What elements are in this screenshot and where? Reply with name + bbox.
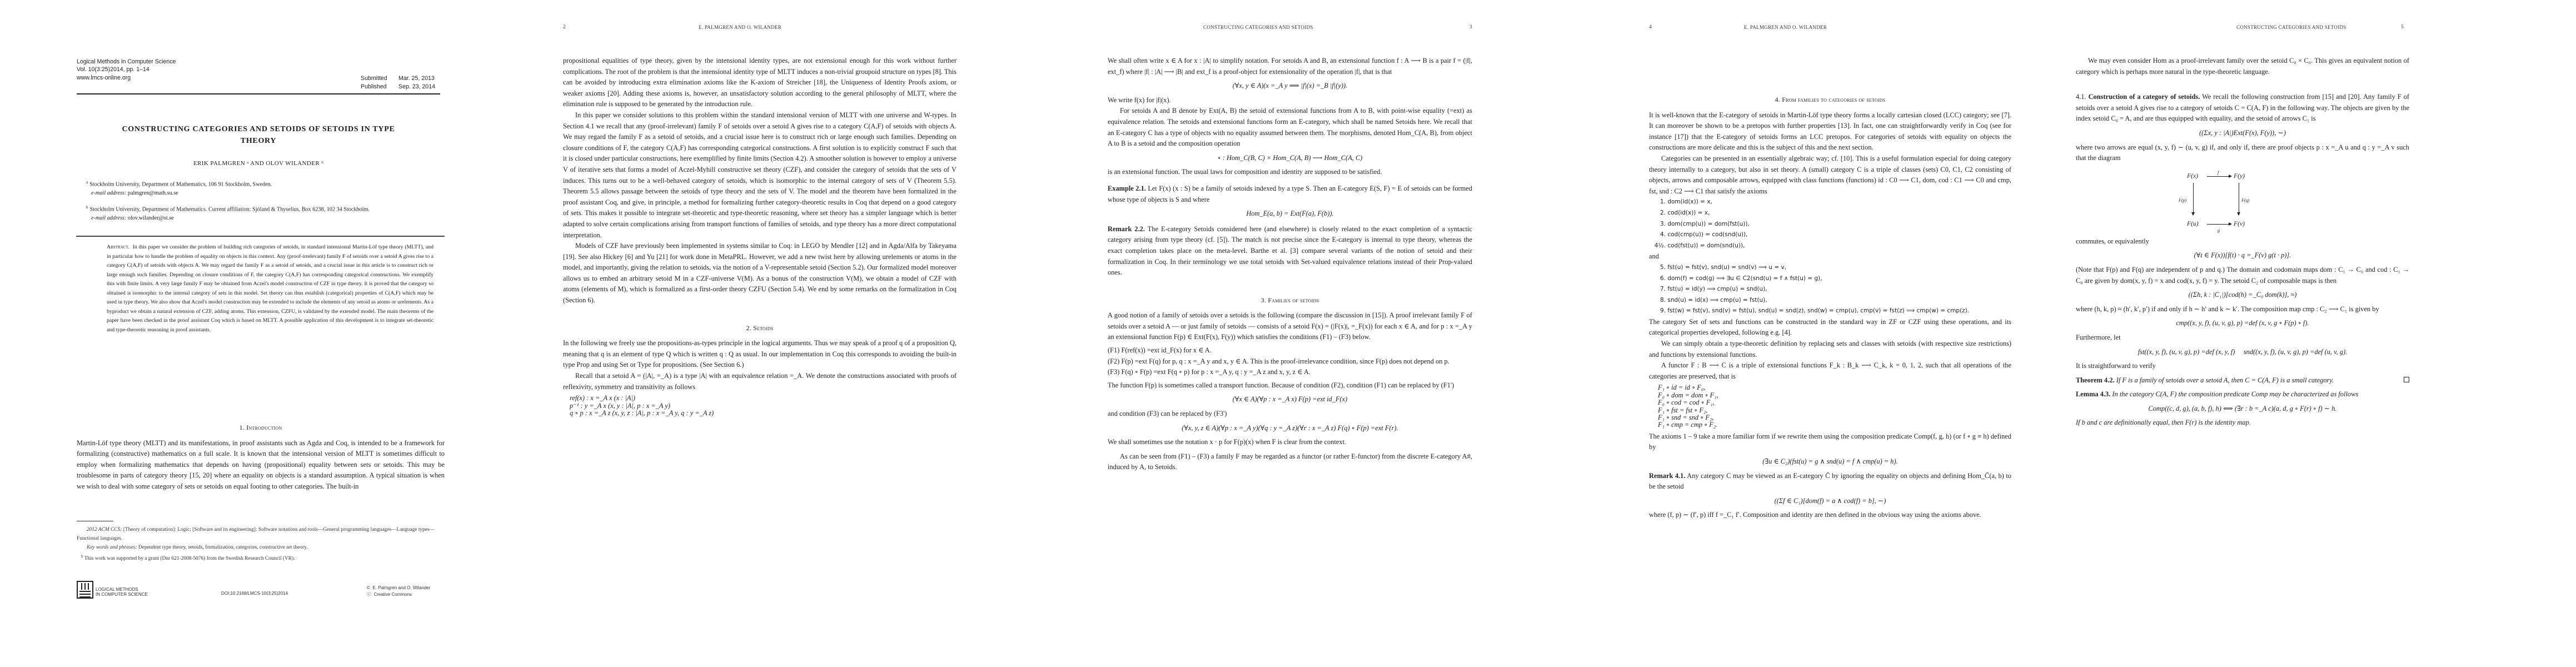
- lmcs-logo-icon: [77, 581, 93, 599]
- paragraph: We write f(x) for |f|(x).: [1108, 95, 1472, 106]
- paragraph: We shall often write x ∈ A for x : |A| t…: [1108, 56, 1472, 77]
- paragraph: We can simply obtain a type-theoretic de…: [1649, 339, 2011, 360]
- commutative-diagram: F(x) F(y) f F(p) F(q) F(u) F(v) g: [2076, 167, 2409, 233]
- axiom-number: 6.: [1653, 273, 1666, 285]
- keywords-label: Key words and phrases:: [87, 545, 137, 550]
- condition-text: F(q) ∘ F(p) =ext F(q ∘ p) for p : x =_A …: [1121, 368, 1310, 376]
- paper-title: CONSTRUCTING CATEGORIES AND SETOIDS OF S…: [77, 123, 440, 147]
- axiom: 6. dom(f) = cod(g) ⟹ ∃u ∈ C2(snd(u) = f …: [1653, 273, 2011, 285]
- intro-paragraph: Martin-Löf type theory (MLTT) and its ma…: [77, 438, 445, 492]
- paragraph: The function F(p) is sometimes called a …: [1108, 380, 1472, 391]
- title-line-2: THEORY: [77, 135, 440, 147]
- affiliation-text: Stockholm University, Department of Math…: [89, 181, 272, 187]
- paragraph: is an extensional function. The usual la…: [1108, 167, 1472, 178]
- axiom: 4. cod(cmp(u)) = cod(snd(u)),: [1653, 230, 2011, 241]
- email-label: e-mail address:: [91, 190, 126, 196]
- grant-text: This work was supported by a grant (Dnr …: [84, 556, 295, 561]
- subsection-title: Construction of a category of setoids.: [2089, 93, 2200, 101]
- published-label: Published: [361, 83, 398, 91]
- logo-line-2: IN COMPUTER SCIENCE: [96, 592, 148, 597]
- paragraph: A good notion of a family of setoids ove…: [1108, 310, 1472, 343]
- paragraph: commutes, or equivalently: [2076, 236, 2409, 247]
- page-3-body: We shall often write x ∈ A for x : |A| t…: [1108, 56, 1472, 473]
- axiom: 2. cod(id(x)) = x,: [1653, 208, 2011, 219]
- display-equation: (∀x, y ∈ A)(x =_A y ⟹ |f|(x) =_B |f|(y))…: [1108, 81, 1472, 92]
- page-5: CONSTRUCTING CATEGORIES AND SETOIDS 5 We…: [2061, 0, 2576, 667]
- section-heading-families: 3. Families of setoids: [1108, 295, 1472, 306]
- email-label: e-mail address:: [91, 215, 126, 221]
- display-equation: ((Σh, k : |C₁|)[cod(h) =_C₀ dom(k)], ≈): [2076, 290, 2409, 301]
- copyright-icon: ©: [367, 585, 370, 590]
- section-heading-introduction: 1. Introduction: [77, 422, 445, 434]
- email-link[interactable]: palmgren@math.su.se: [128, 190, 178, 196]
- setoid-formulas: ref(x) : x =_A x (x : |A|) p⁻¹ : y =_A x…: [570, 395, 956, 417]
- axiom-number: 8.: [1653, 295, 1666, 306]
- header-rule: [77, 93, 440, 94]
- section-heading-setoids: 2. Setoids: [563, 323, 956, 334]
- snd-definition: snd((x, y, f), (u, v, g), p) =def (u, v,…: [2244, 348, 2347, 356]
- introduction: 1. Introduction Martin-Löf type theory (…: [77, 422, 445, 492]
- remark-text: The E-category Setoids considered here (…: [1108, 225, 1472, 276]
- paragraph: Furthermore, let: [2076, 332, 2409, 344]
- email-link[interactable]: olov.wilander@st.se: [128, 215, 174, 221]
- journal-url[interactable]: www.lmcs-online.org: [77, 74, 176, 82]
- condition-text: F(p) =ext F(q) for p, q : x =_A y and x,…: [1121, 357, 1449, 365]
- paragraph: where (h, k, p) ≈ (h′, k′, p′) if and on…: [2076, 304, 2409, 315]
- submission-dates: SubmittedMar. 25, 2013 PublishedSep. 23,…: [361, 74, 435, 91]
- axiom-number: 4½.: [1653, 241, 1666, 252]
- abstract-text: In this paper we consider the problem of…: [107, 244, 434, 333]
- functor-law: F₁ ∘ snd = snd ∘ F₂,: [1658, 414, 2011, 421]
- functor-law: F₀ ∘ dom = dom ∘ F₁,: [1658, 392, 2011, 399]
- paragraph: where two arrows are equal (x, y, f) ∼ (…: [2076, 142, 2409, 164]
- arrow-label-fq: F(q): [2241, 195, 2249, 206]
- paragraph: A functor F : B ⟶ C is a triple of exten…: [1649, 360, 2011, 382]
- paragraph: As can be seen from (F1) – (F3) a family…: [1108, 451, 1472, 473]
- remark-label: Remark 4.1.: [1649, 472, 1685, 480]
- arrow-label-g: g: [2218, 225, 2220, 236]
- axiom-number: 3.: [1653, 219, 1666, 230]
- fst-definition: fst((x, y, f), (u, v, g), p) =def (x, y,…: [2138, 348, 2235, 356]
- keywords-text: Dependent type theory, setoids, formaliz…: [138, 545, 308, 550]
- axiom-text: cod(id(x)) = x,: [1667, 210, 1710, 216]
- arrow-g-icon: [2207, 224, 2231, 225]
- diagram-node-fx: F(x): [2187, 171, 2198, 182]
- condition-text: F(ref(x)) =ext id_F(x) for x ∈ A.: [1121, 346, 1211, 354]
- creative-commons-icon: ⓒ: [367, 592, 371, 597]
- page-2-body: propositional equalities of type theory,…: [563, 56, 956, 419]
- subsection-number: 4.1.: [2076, 93, 2086, 101]
- copyright-holder: E. Palmgren and O. Wilander: [372, 585, 430, 590]
- paragraph: (Note that F(p) and F(q) are independent…: [2076, 265, 2409, 286]
- axioms-list-b: 5. fst(u) = fst(v), snd(u) = snd(v) ⟹ u …: [1653, 262, 2011, 317]
- functor-law: F₁ ∘ fst = fst ∘ F₂,: [1658, 407, 2011, 414]
- submitted-date: Mar. 25, 2013: [398, 75, 435, 82]
- condition-label: (F2): [1108, 357, 1119, 365]
- paragraph: We may even consider Hom as a proof-irre…: [2076, 56, 2409, 77]
- axiom: 7. fst(u) = id(y) ⟹ cmp(u) = snd(u),: [1653, 284, 2011, 295]
- page-number: 3: [1469, 24, 1472, 30]
- published-date: Sep. 23, 2014: [398, 83, 435, 90]
- display-equation: ((Σx, y : |A|)Ext(F(x), F(y)), ∼): [2076, 128, 2409, 139]
- logo-line-1: LOGICAL METHODS: [96, 587, 148, 592]
- paragraph: The category Set of sets and functions c…: [1649, 317, 2011, 339]
- affiliation-a: aStockholm University, Department of Mat…: [86, 178, 442, 198]
- journal-name: Logical Methods in Computer Science: [77, 58, 176, 66]
- affiliation-text: Stockholm University, Department of Math…: [90, 206, 370, 212]
- running-head: CONSTRUCTING CATEGORIES AND SETOIDS: [2236, 24, 2346, 30]
- axiom-number: 4.: [1653, 230, 1666, 241]
- axiom-text: dom(id(x)) = x,: [1667, 198, 1712, 205]
- paragraph: and condition (F3) can be replaced by (F…: [1108, 409, 1472, 420]
- axiom-text: fst(u) = fst(v), snd(u) = snd(v) ⟹ u = v…: [1667, 264, 1786, 271]
- example-label: Example 2.1.: [1108, 185, 1146, 192]
- display-equation: cmp((x, y, f), (u, v, g), p) =def (x, v,…: [2076, 318, 2409, 329]
- and-connector: and: [1649, 251, 2011, 262]
- axiom: 4½. cod(fst(u)) = dom(snd(u)),: [1653, 241, 2011, 252]
- affiliation-rule: [76, 236, 445, 237]
- paragraph: It is well-known that the E-category of …: [1649, 110, 2011, 153]
- section-heading-from-families: 4. From families to categories of setoid…: [1649, 94, 2011, 106]
- footer-license: © E. Palmgren and O. Wilander ⓒ Creative…: [367, 585, 430, 598]
- page-2: 2 E. PALMGREN AND O. WILANDER propositio…: [515, 0, 1030, 667]
- authors: ERIK PALMGREN ᵃ AND OLOV WILANDER ᵇ: [77, 160, 440, 167]
- footer-journal: LOGICAL METHODS IN COMPUTER SCIENCE: [96, 587, 148, 597]
- journal-volume: Vol. 10(3:25)2014, pp. 1–14: [77, 66, 176, 73]
- arrow-fp-icon: [2193, 183, 2194, 215]
- example-text: Let F(x) (x : S) be a family of setoids …: [1108, 185, 1472, 203]
- axiom: 3. dom(cmp(u)) = dom(fst(u)),: [1653, 219, 2011, 230]
- running-head: E. PALMGREN AND O. WILANDER: [1744, 24, 1827, 30]
- axiom-number: 2.: [1653, 208, 1666, 219]
- page-number: 2: [563, 24, 566, 30]
- axiom-number: 5.: [1653, 262, 1666, 273]
- formula-inverse: p⁻¹ : y =_A x (x, y : |A|, p : x =_A y): [570, 402, 956, 410]
- diagram-node-fu: F(u): [2187, 218, 2199, 230]
- abstract: Abstract. In this paper we consider the …: [107, 243, 434, 335]
- arrow-f-icon: [2207, 176, 2231, 177]
- paragraph: In the following we freely use the propo…: [563, 338, 956, 371]
- lemma-label: Lemma 4.3.: [2076, 390, 2110, 398]
- display-equation: (∀x ∈ A)(∀p : x =_A x) F(p) =ext id_F(x): [1108, 394, 1472, 405]
- axioms-list-a: 1. dom(id(x)) = x, 2. cod(id(x)) = x, 3.…: [1653, 197, 2011, 251]
- title-line-1: CONSTRUCTING CATEGORIES AND SETOIDS OF S…: [77, 123, 440, 135]
- display-equation: ((Σf ∈ C₁)[dom(f) = a ∧ cod(f) = b], ∼): [1649, 496, 2011, 507]
- running-head: E. PALMGREN AND O. WILANDER: [699, 24, 781, 30]
- remark-text: Any category C may be viewed as an E-cat…: [1649, 472, 2011, 491]
- formula-ref: ref(x) : x =_A x (x : |A|): [570, 395, 956, 402]
- axiom: 5. fst(u) = fst(v), snd(u) = snd(v) ⟹ u …: [1653, 262, 2011, 273]
- footnote-rule: [77, 521, 113, 521]
- paragraph: where (f, p) ∼ (f′, p) iff f =_C₁ f′. Co…: [1649, 510, 2011, 521]
- remark-label: Remark 2.2.: [1108, 225, 1145, 233]
- paragraph: Models of CZF have previously been imple…: [563, 241, 956, 306]
- display-equation: Hom_E(a, b) = Ext(F(a), F(b)).: [1108, 208, 1472, 220]
- ccs-text: [Theory of computation]: Logic; [Softwar…: [77, 527, 435, 541]
- affiliation-b: bStockholm University, Department of Mat…: [86, 203, 442, 223]
- footnotes: 2012 ACM CCS: [Theory of computation]: L…: [77, 525, 440, 563]
- footer-doi[interactable]: DOI:10.2168/LMCS-10(3:25)2014: [221, 591, 288, 596]
- axiom-text: snd(u) = id(x) ⟹ cmp(u) = fst(u),: [1667, 297, 1767, 303]
- theorem-label: Theorem 4.2.: [2076, 376, 2115, 384]
- page-3: CONSTRUCTING CATEGORIES AND SETOIDS 3 We…: [1030, 0, 1546, 667]
- condition-label: (F3): [1108, 368, 1119, 376]
- journal-info: Logical Methods in Computer Science Vol.…: [77, 58, 176, 82]
- condition-f3: (F3) F(q) ∘ F(p) =ext F(q ∘ p) for p : x…: [1108, 367, 1472, 378]
- running-head: CONSTRUCTING CATEGORIES AND SETOIDS: [1203, 24, 1313, 30]
- condition-list: (F1) F(ref(x)) =ext id_F(x) for x ∈ A. (…: [1108, 345, 1472, 378]
- functor-laws: F₁ ∘ id = id ∘ F₀, F₀ ∘ dom = dom ∘ F₁, …: [1658, 384, 2011, 429]
- paragraph: The axioms 1 – 9 take a more familiar fo…: [1649, 431, 2011, 453]
- axiom: 8. snd(u) = id(x) ⟹ cmp(u) = fst(u),: [1653, 295, 2011, 306]
- axiom-text: dom(cmp(u)) = dom(fst(u)),: [1667, 221, 1749, 227]
- page-number: 4: [1649, 24, 1652, 30]
- condition-label: (F1): [1108, 346, 1119, 354]
- page-5-body: We may even consider Hom as a proof-irre…: [2076, 56, 2409, 429]
- axiom-text: fst(u) = id(y) ⟹ cmp(u) = snd(u),: [1667, 286, 1767, 292]
- display-equation: (∀t ∈ F(x))[f(t) · q =_F(v) g(t · p)].: [2076, 250, 2409, 261]
- display-equation: ∘ : Hom_C(B, C) × Hom_C(A, B) ⟶ Hom_C(A,…: [1108, 153, 1472, 164]
- paragraph: Categories can be presented in an essent…: [1649, 153, 2011, 197]
- diagram-node-fv: F(v): [2234, 218, 2245, 230]
- display-equation-pair: fst((x, y, f), (u, v, g), p) =def (x, y,…: [2076, 347, 2409, 358]
- ccs-label: 2012 ACM CCS:: [87, 527, 122, 532]
- qed-icon: [2404, 377, 2409, 382]
- page-4-body: 4. From families to categories of setoid…: [1649, 94, 2011, 521]
- axiom-number: 1.: [1653, 197, 1666, 208]
- condition-f1: (F1) F(ref(x)) =ext id_F(x) for x ∈ A.: [1108, 345, 1472, 356]
- page-1: Logical Methods in Computer Science Vol.…: [0, 0, 515, 667]
- functor-law: F₁ ∘ cmp = cmp ∘ F₂.: [1658, 421, 2011, 429]
- axiom: 9. fst(w) = fst(v), snd(v) = fst(u), snd…: [1653, 306, 2011, 317]
- license-text[interactable]: Creative Commons: [373, 592, 411, 597]
- functor-law: F₀ ∘ cod = cod ∘ F₁,: [1658, 399, 2011, 406]
- paragraph: propositional equalities of type theory,…: [563, 56, 956, 110]
- axiom-number: 9.: [1653, 306, 1666, 317]
- display-equation: (∃u ∈ C₂)(fst(u) = g ∧ snd(u) = f ∧ cmp(…: [1649, 456, 2011, 467]
- arrow-fq-icon: [2239, 183, 2239, 215]
- display-equation: (∀x, y, z ∈ A)(∀p : x =_A y)(∀q : y =_A …: [1108, 423, 1472, 434]
- lemma-tail: If b and c are definitionally equal, the…: [2076, 419, 2251, 426]
- axiom-number: 7.: [1653, 284, 1666, 295]
- affiliation-mark: b: [86, 205, 88, 210]
- axiom-text: cod(fst(u)) = dom(snd(u)),: [1667, 242, 1745, 249]
- submitted-label: Submitted: [361, 74, 398, 83]
- paragraph: It is straightforward to verify: [2076, 361, 2409, 372]
- formula-composition: q ∘ p : x =_A z (x, y, z : |A|, p : x =_…: [570, 410, 956, 417]
- theorem-text: If F is a family of setoids over a setoi…: [2116, 376, 2334, 384]
- axiom-text: cod(cmp(u)) = cod(snd(u)),: [1667, 231, 1747, 238]
- functor-law: F₁ ∘ id = id ∘ F₀,: [1658, 384, 2011, 391]
- condition-f2: (F2) F(p) =ext F(q) for p, q : x =_A y a…: [1108, 356, 1472, 367]
- axiom-text: fst(w) = fst(v), snd(v) = fst(u), snd(u)…: [1667, 307, 1969, 314]
- paragraph: In this paper we consider solutions to t…: [563, 110, 956, 241]
- diagram-node-fy: F(y): [2234, 171, 2245, 182]
- arrow-label-f: f: [2218, 167, 2219, 178]
- page-4: 4 E. PALMGREN AND O. WILANDER 4. From fa…: [1546, 0, 2061, 667]
- axiom: 1. dom(id(x)) = x,: [1653, 197, 2011, 208]
- paragraph: For setoids A and B denote by Ext(A, B) …: [1108, 106, 1472, 149]
- arrow-label-fp: F(p): [2179, 195, 2186, 206]
- display-equation: Comp((c, d, g), (a, b, f), h) ⟺ (∃r : b …: [2076, 404, 2409, 415]
- paragraph: Recall that a setoid A = (|A|, =_A) is a…: [563, 371, 956, 392]
- affiliation-mark: a: [86, 180, 88, 185]
- page-number: 5: [2401, 24, 2404, 30]
- axiom-text: dom(f) = cod(g) ⟹ ∃u ∈ C2(snd(u) = f ∧ f…: [1667, 275, 1822, 282]
- abstract-label: Abstract.: [107, 244, 129, 250]
- paragraph: We shall sometimes use the notation x · …: [1108, 437, 1472, 448]
- lemma-text: In the category C(A, F) the composition …: [2112, 390, 2358, 398]
